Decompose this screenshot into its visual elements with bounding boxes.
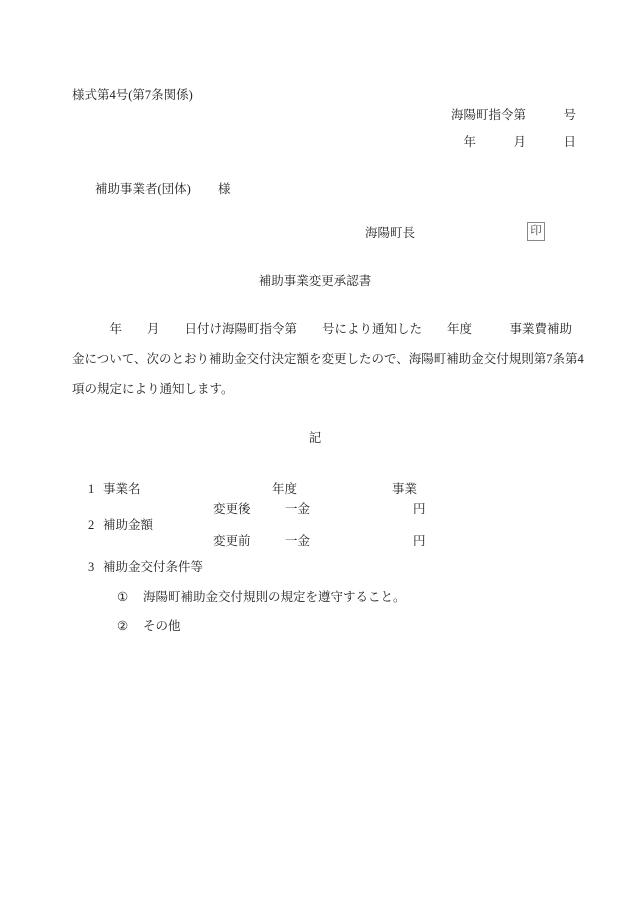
addressee-name: 補助事業者(団体) bbox=[95, 180, 191, 198]
addressee-honorific: 様 bbox=[218, 180, 231, 198]
section-marker: 記 bbox=[0, 429, 630, 447]
item3-label: 補助金交付条件等 bbox=[103, 558, 203, 576]
condition1-text: 海陽町補助金交付規則の規定を遵守すること。 bbox=[143, 588, 406, 606]
directive-number-line: 海陽町指令第 号 bbox=[451, 106, 576, 124]
body-line-3: 項の規定により通知します。 bbox=[72, 380, 234, 398]
form-number: 様式第4号(第7条関係) bbox=[72, 86, 193, 104]
item1-field-fiscal-year: 年度 bbox=[272, 480, 297, 498]
issuer-title: 海陽町長 bbox=[365, 224, 415, 242]
item1-field-business: 事業 bbox=[392, 480, 417, 498]
after-change-unit: 円 bbox=[413, 500, 426, 518]
condition2-marker: ② bbox=[117, 617, 128, 635]
condition2-text: その他 bbox=[143, 617, 181, 635]
document-page: 様式第4号(第7条関係) 海陽町指令第 号 年 月 日 補助事業者(団体) 様 … bbox=[0, 0, 630, 915]
page-title: 補助事業変更承認書 bbox=[0, 272, 630, 290]
item3-number: 3 bbox=[88, 558, 94, 576]
before-change-amount: 一金 bbox=[285, 532, 310, 550]
item2-number: 2 bbox=[88, 516, 94, 534]
after-change-label: 変更後 bbox=[213, 500, 251, 518]
seal-box: 印 bbox=[527, 222, 545, 241]
body-line-1: 年 月 日付け海陽町指令第 号により通知した 年度 事業費補助 bbox=[72, 320, 572, 338]
condition1-marker: ① bbox=[117, 588, 128, 606]
before-change-label: 変更前 bbox=[213, 532, 251, 550]
seal-character: 印 bbox=[530, 226, 542, 238]
body-line-2: 金について、次のとおり補助金交付決定額を変更したので、海陽町補助金交付規則第7条… bbox=[72, 350, 584, 368]
item1-number: 1 bbox=[88, 480, 94, 498]
item1-label: 事業名 bbox=[103, 480, 141, 498]
date-line: 年 月 日 bbox=[463, 133, 576, 151]
after-change-amount: 一金 bbox=[285, 500, 310, 518]
item2-label: 補助金額 bbox=[103, 516, 153, 534]
before-change-unit: 円 bbox=[413, 532, 426, 550]
